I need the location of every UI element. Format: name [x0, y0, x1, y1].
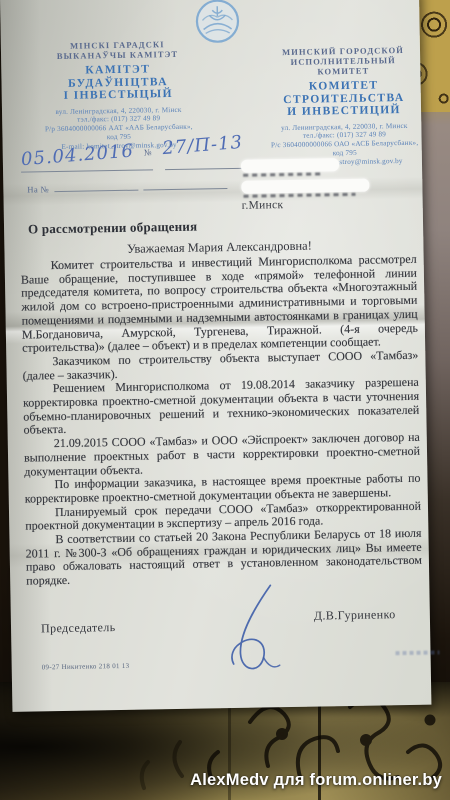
letterhead-belarusian-column: МІНСКІ ГАРАДСКІ ВЫКАНАЎЧЫ КАМІТЭТ КАМІТЭ…: [25, 38, 212, 152]
body-paragraph: Решением Мингорисполкома от 19.08.2014 з…: [23, 376, 420, 438]
on-number-row: На №: [27, 180, 227, 194]
executor-reference: 09-27 Никитенко 218 01 13: [42, 662, 130, 672]
blank-line: [54, 182, 138, 192]
faint-print-mark: [395, 650, 439, 655]
redacted-text-remnant: [243, 172, 323, 176]
letter-body: Комитет строительства и инвестиций Минго…: [21, 253, 423, 589]
committee-name-ru-line: И ИНВЕСТИЦИЙ: [268, 104, 420, 119]
redaction-box: [241, 158, 339, 173]
signer-name: Д.В.Гуриненко: [314, 607, 396, 623]
recipient-block: г.Минск: [241, 157, 412, 212]
signer-position: Председатель: [41, 620, 116, 636]
letterhead-russian-column: МИНСКИЙ ГОРОДСКОЙ ИСПОЛНИТЕЛЬНЫЙ КОМИТЕТ…: [267, 45, 421, 168]
body-paragraph: Комитет строительства и инвестиций Минго…: [21, 253, 419, 356]
redacted-text-remnant: [244, 193, 356, 198]
number-sign: №: [144, 148, 153, 158]
committee-name-by: КАМІТЭТ БУДАЎНІЦТВА І ІНВЕСТЫЦЫЙ: [25, 62, 211, 103]
blank-line: [143, 180, 227, 190]
org-name-by: ВЫКАНАЎЧЫ КАМІТЭТ: [25, 48, 210, 61]
redaction-box: [241, 179, 369, 194]
letter-subject: О рассмотрении обращения: [28, 219, 197, 238]
committee-name-ru: КОМИТЕТ СТРОИТЕЛЬСТВА И ИНВЕСТИЦИЙ: [268, 79, 421, 119]
recipient-city: г.Минск: [242, 197, 412, 212]
letter-document: МІНСКІ ГАРАДСКІ ВЫКАНАЎЧЫ КАМІТЭТ КАМІТЭ…: [0, 0, 431, 712]
body-paragraph: В соответствии со статьей 20 Закона Респ…: [25, 527, 422, 589]
handwritten-signature: [208, 581, 305, 683]
watermark-credit: AlexMedv для forum.onliner.by: [190, 771, 442, 790]
org-name-ru: ИСПОЛНИТЕЛЬНЫЙ КОМИТЕТ: [267, 55, 419, 78]
photo-stage: МІНСКІ ГАРАДСКІ ВЫКАНАЎЧЫ КАМІТЭТ КАМІТЭ…: [0, 0, 450, 800]
committee-name-by-line: І ІНВЕСТЫЦЫЙ: [26, 87, 211, 103]
on-number-label: На №: [27, 184, 49, 194]
